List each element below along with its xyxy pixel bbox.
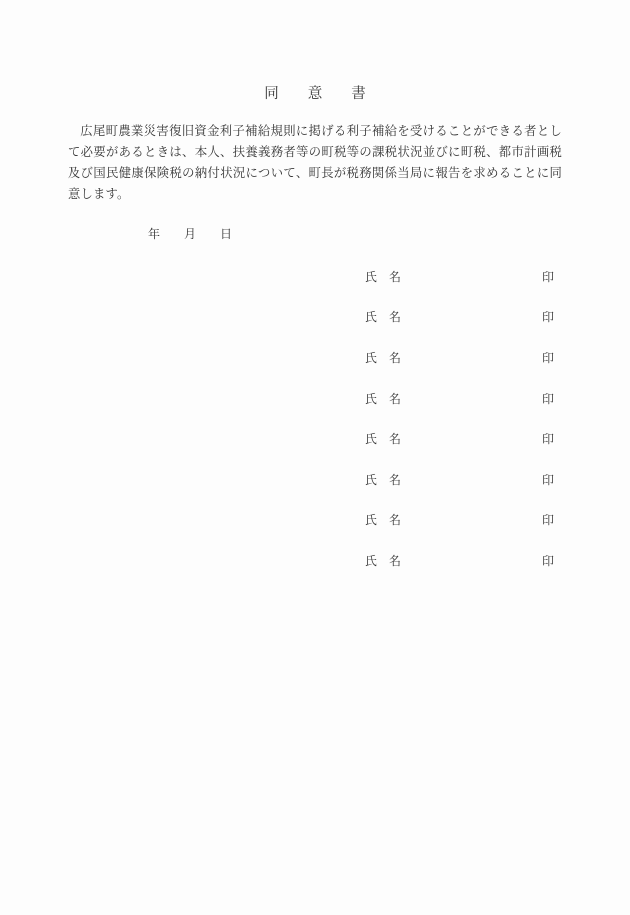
signature-row: 氏 名 印: [365, 378, 554, 419]
seal-label: 印: [542, 349, 554, 366]
name-label: 氏 名: [365, 308, 401, 325]
seal-label: 印: [542, 552, 554, 569]
date-line: 年 月 日: [148, 227, 232, 241]
signature-row: 氏 名 印: [365, 500, 554, 541]
name-label: 氏 名: [365, 511, 401, 528]
signature-row: 氏 名 印: [365, 540, 554, 581]
name-label: 氏 名: [365, 390, 401, 407]
name-label: 氏 名: [365, 471, 401, 488]
seal-label: 印: [542, 268, 554, 285]
name-label: 氏 名: [365, 552, 401, 569]
signature-rows: 氏 名 印 氏 名 印 氏 名 印 氏 名 印 氏 名 印 氏 名 印 氏 名 …: [365, 256, 554, 581]
signature-row: 氏 名 印: [365, 337, 554, 378]
signature-row: 氏 名 印: [365, 297, 554, 338]
seal-label: 印: [542, 308, 554, 325]
seal-label: 印: [542, 471, 554, 488]
consent-paragraph: 広尾町農業災害復旧資金利子補給規則に掲げる利子補給を受けることができる者として必…: [68, 121, 562, 205]
signature-row: 氏 名 印: [365, 256, 554, 297]
name-label: 氏 名: [365, 430, 401, 447]
signature-row: 氏 名 印: [365, 459, 554, 500]
seal-label: 印: [542, 430, 554, 447]
seal-label: 印: [542, 390, 554, 407]
signature-row: 氏 名 印: [365, 418, 554, 459]
document-title: 同 意 書: [0, 82, 630, 103]
document-page: 同 意 書 広尾町農業災害復旧資金利子補給規則に掲げる利子補給を受けることができ…: [0, 0, 630, 915]
name-label: 氏 名: [365, 349, 401, 366]
name-label: 氏 名: [365, 268, 401, 285]
seal-label: 印: [542, 511, 554, 528]
